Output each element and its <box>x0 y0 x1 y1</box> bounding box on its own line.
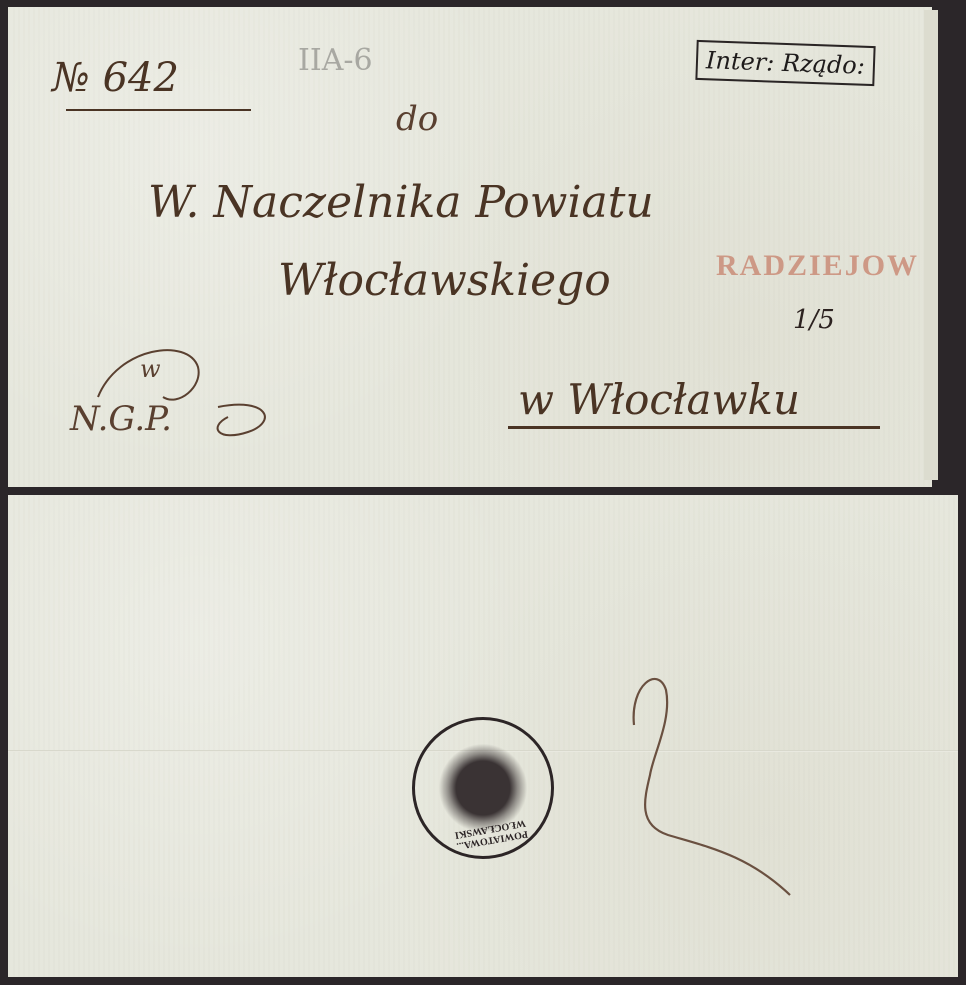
destination-underline <box>508 426 880 429</box>
official-seal: POWIATOWA... WŁOCŁAWSKI <box>401 706 566 871</box>
cover-back: POWIATOWA... WŁOCŁAWSKI <box>8 495 958 977</box>
ministerial-handstamp: Inter: Rządo: <box>695 40 875 86</box>
handstamp-text: Inter: Rządo: <box>706 46 866 80</box>
cover-front: № 642 IIA-6 Inter: Rządo: do W. Naczelni… <box>8 7 932 487</box>
docket-underline <box>66 109 251 111</box>
sender-initials-top: w <box>140 355 161 383</box>
sender-flourish <box>68 327 288 467</box>
address-line-2: Włocławskiego <box>278 255 611 306</box>
town-postmark: RADZIEJOW <box>716 249 919 283</box>
docket-number: № 642 <box>52 55 179 101</box>
rate-marking: 1/5 <box>793 305 835 335</box>
salutation: do <box>396 99 438 139</box>
cover-front-edge <box>924 10 938 480</box>
manuscript-mark <box>568 665 808 905</box>
archive-pencil-note: IIA-6 <box>298 43 373 78</box>
address-line-1: W. Naczelnika Powiatu <box>148 177 654 228</box>
address-line-3: w Włocławku <box>518 375 800 424</box>
seal-text: POWIATOWA... WŁOCŁAWSKI <box>416 721 550 855</box>
sender-initials: N.G.P. <box>70 399 172 439</box>
